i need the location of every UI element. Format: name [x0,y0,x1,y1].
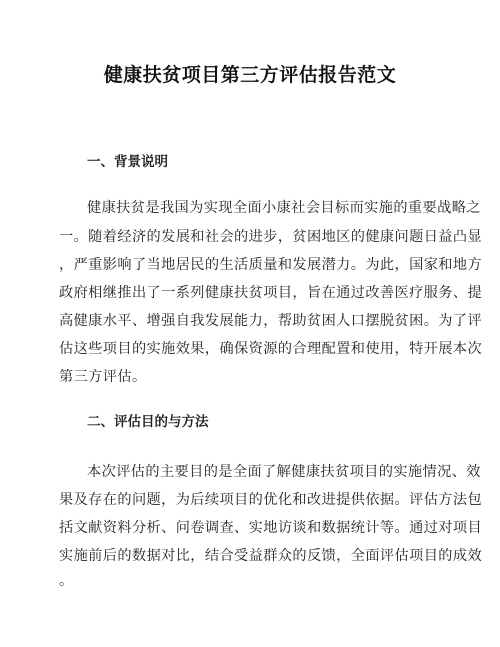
paragraph-line: 高健康水平、增强自我发展能力，帮助贫困人口摆脱贫困。为了评 [59,310,482,330]
document-page: 健康扶贫项目第三方评估报告范文 一、背景说明 健康扶贫是我国为实现全面小康社会目… [0,0,500,647]
paragraph-line: 。 [59,570,74,590]
paragraph-line: 一。随着经济的发展和社会的进步，贫困地区的健康问题日益凸显 [59,226,482,246]
paragraph-line: 政府相继推出了一系列健康扶贫项目，旨在通过改善医疗服务、提 [59,282,482,302]
document-title: 健康扶贫项目第三方评估报告范文 [0,60,500,87]
paragraph-line: 本次评估的主要目的是全面了解健康扶贫项目的实施情况、效 [87,461,481,481]
paragraph-line: 括文献资料分析、问卷调查、实地访谈和数据统计等。通过对项目 [59,517,482,537]
paragraph-line: ，严重影响了当地居民的生活质量和发展潜力。为此，国家和地方 [59,254,482,274]
paragraph-line: 果及存在的问题，为后续项目的优化和改进提供依据。评估方法包 [59,489,482,509]
paragraph-line: 实施前后的数据对比，结合受益群众的反馈，全面评估项目的成效 [59,545,482,565]
paragraph-line: 第三方评估。 [59,366,147,386]
section-heading-purpose-method: 二、评估目的与方法 [87,410,209,430]
section-heading-background: 一、背景说明 [87,150,168,170]
paragraph-line: 健康扶贫是我国为实现全面小康社会目标而实施的重要战略之 [87,197,481,217]
paragraph-line: 估这些项目的实施效果，确保资源的合理配置和使用，特开展本次 [59,338,482,358]
